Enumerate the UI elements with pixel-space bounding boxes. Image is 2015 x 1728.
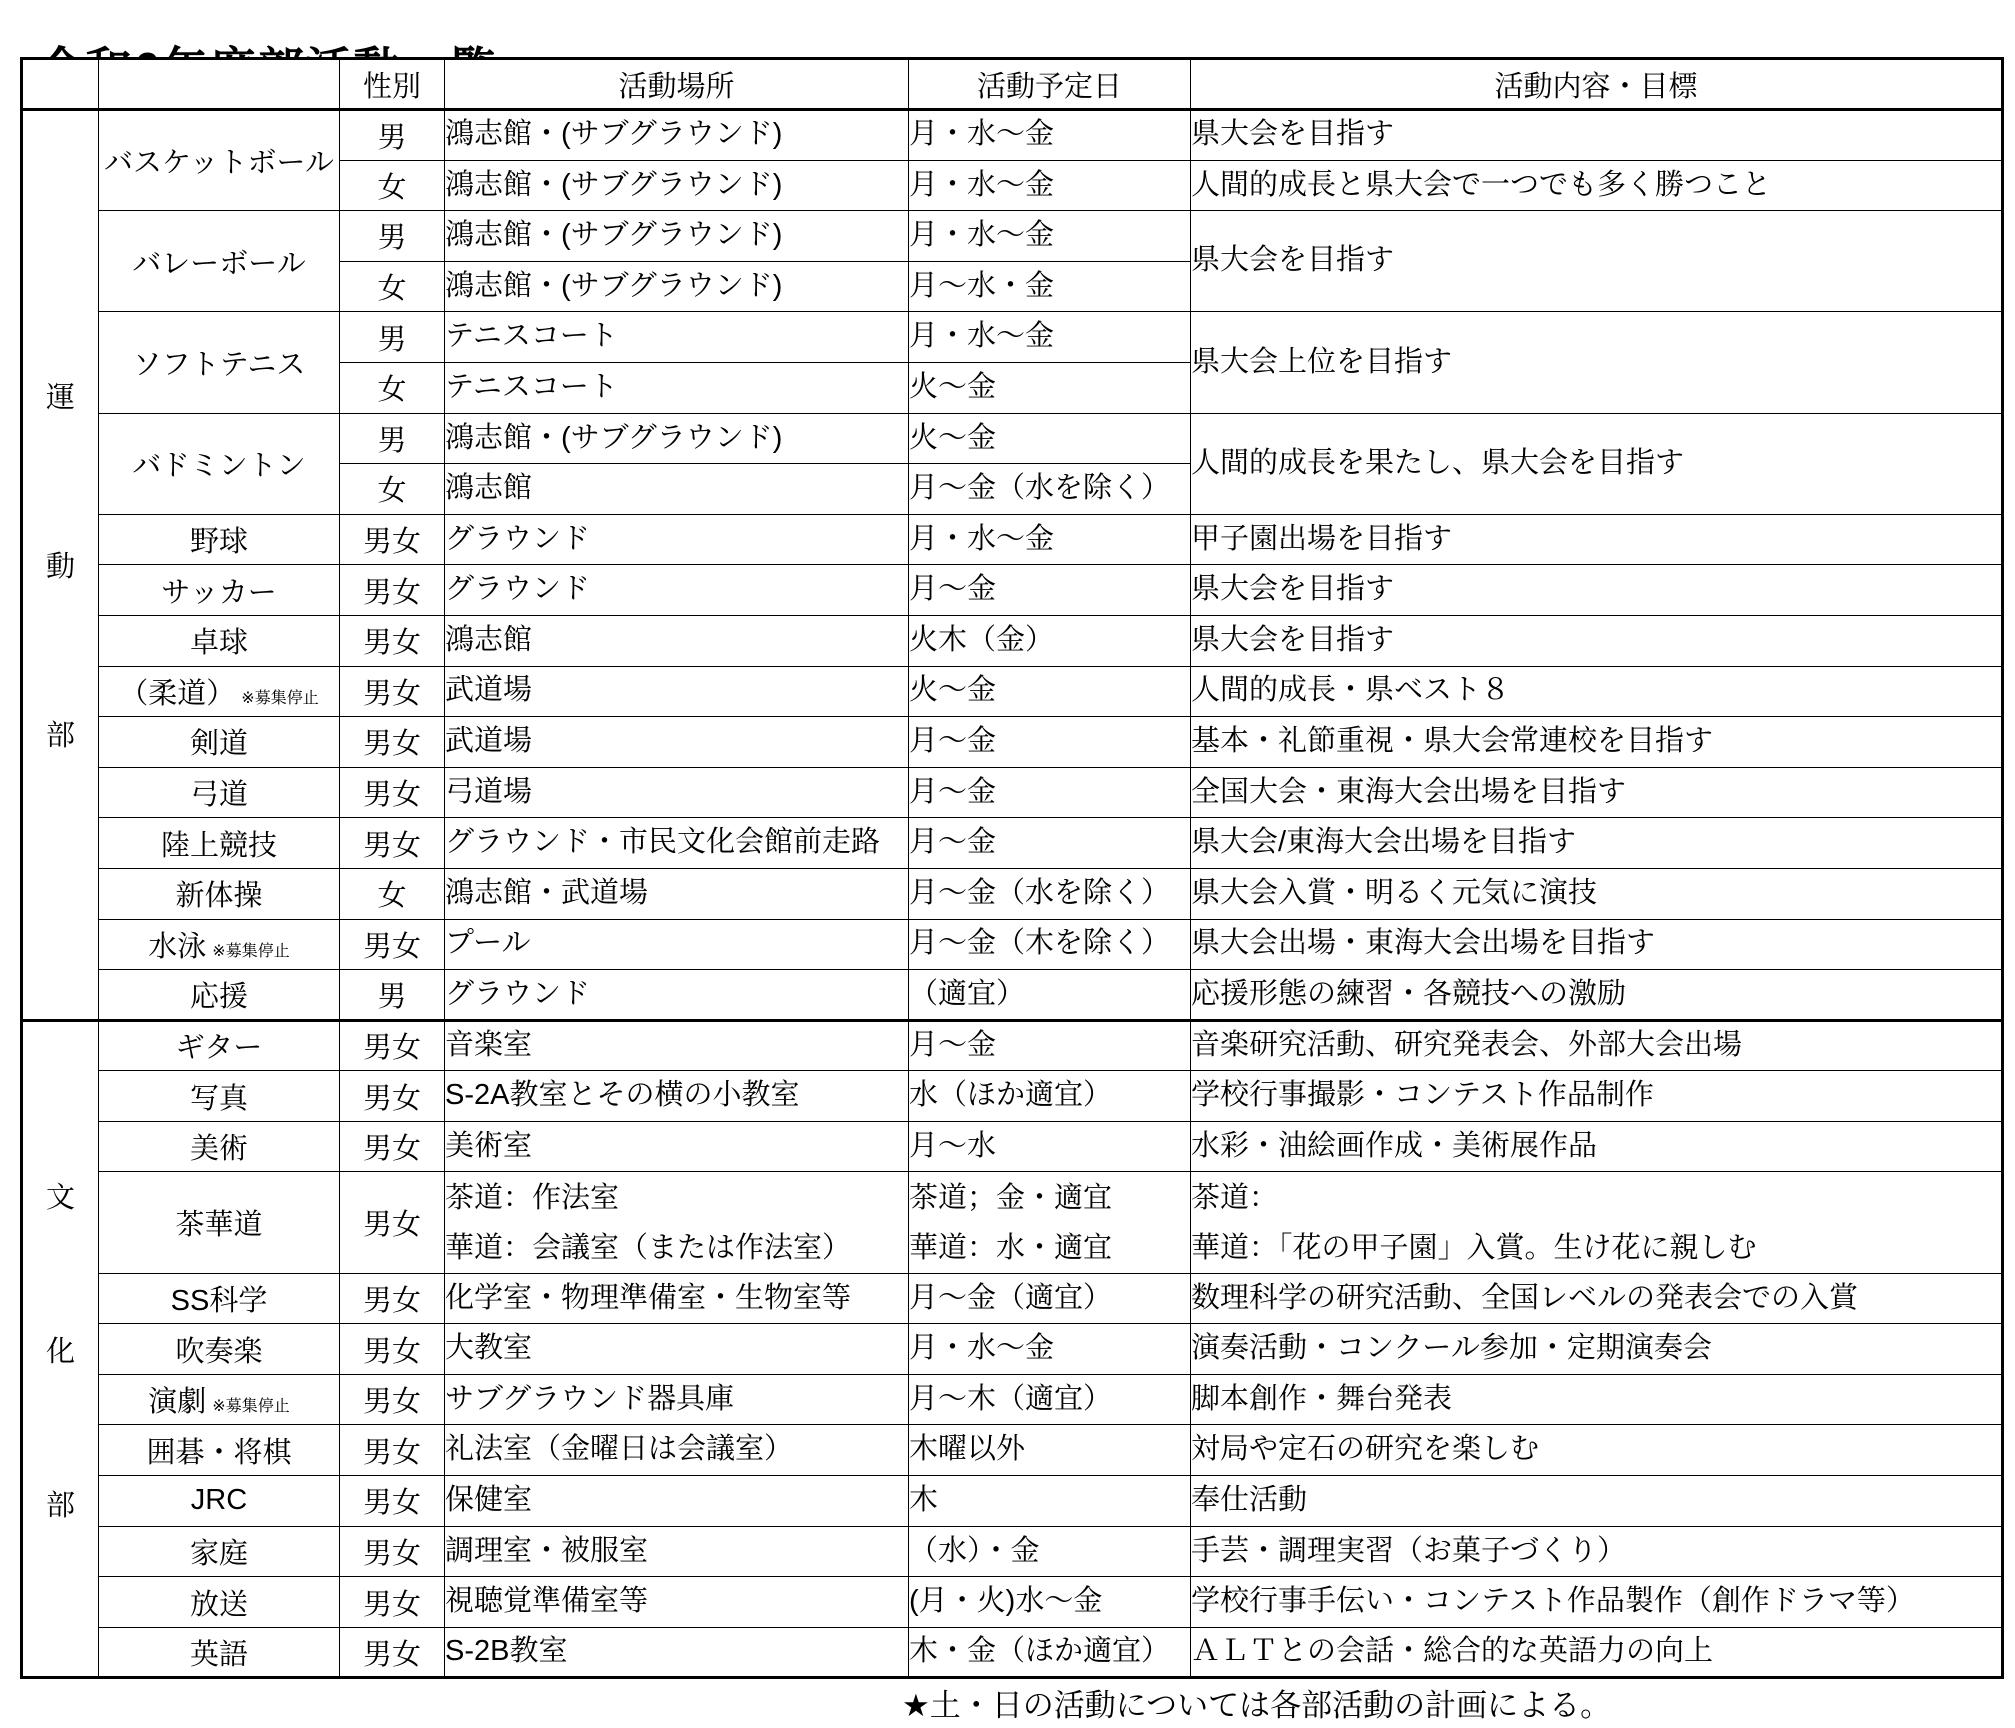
header-row: 性別 活動場所 活動予定日 活動内容・目標: [22, 59, 2003, 110]
cell-content-goal: 学校行事手伝い・コンテスト作品製作（創作ドラマ等）: [1191, 1577, 2003, 1628]
table-row: 文化部ギター男女音楽室月～金音楽研究活動、研究発表会、外部大会出場: [22, 1020, 2003, 1071]
cell-gender: 女: [340, 160, 445, 211]
cell-scheduled-days: 月～金（水を除く）: [909, 868, 1191, 919]
cell-scheduled-days: （水）・金: [909, 1526, 1191, 1577]
cell-content-goal: 県大会を目指す: [1191, 565, 2003, 616]
table-row: 野球男女グラウンド月・水～金甲子園出場を目指す: [22, 514, 2003, 565]
cell-content-goal: 演奏活動・コンクール参加・定期演奏会: [1191, 1324, 2003, 1375]
cell-location: 弓道場: [445, 767, 909, 818]
club-name-label: （柔道）: [119, 678, 235, 710]
cell-location: 保健室: [445, 1476, 909, 1527]
club-activities-table: 性別 活動場所 活動予定日 活動内容・目標 運動部バスケットボール男鴻志館・(サ…: [20, 57, 2004, 1679]
table-row: 弓道男女弓道場月～金全国大会・東海大会出場を目指す: [22, 767, 2003, 818]
category-cell-culture: 文化部: [22, 1020, 99, 1678]
club-name-label: 応援: [190, 981, 248, 1013]
cell-gender: 男女: [340, 717, 445, 768]
cell-location: 武道場: [445, 717, 909, 768]
club-name-label: 囲碁・将棋: [146, 1437, 291, 1469]
cell-scheduled-days: 火木（金）: [909, 615, 1191, 666]
cell-scheduled-days: 月～木（適宜）: [909, 1374, 1191, 1425]
cell-gender: 男女: [340, 818, 445, 869]
table-row: （柔道）※募集停止男女武道場火～金人間的成長・県ベスト８: [22, 666, 2003, 717]
cell-club-name: 新体操: [99, 868, 340, 919]
cell-scheduled-days: 月・水～金: [909, 1324, 1191, 1375]
cell-scheduled-days: 火～金: [909, 413, 1191, 464]
cell-gender: 男女: [340, 666, 445, 717]
cell-club-name: 弓道: [99, 767, 340, 818]
cell-scheduled-days: 火～金: [909, 362, 1191, 413]
cell-gender: 男: [340, 110, 445, 161]
club-name-label: ソフトテニス: [133, 349, 306, 381]
cell-club-name: 家庭: [99, 1526, 340, 1577]
cell-content-goal: 人間的成長と県大会で一つでも多く勝つこと: [1191, 160, 2003, 211]
club-name-label: 吹奏楽: [175, 1336, 262, 1368]
header-cell-club: [99, 59, 340, 110]
category-vertical-label: 文化部: [23, 1175, 98, 1524]
cell-location: グラウンド・市民文化会館前走路: [445, 818, 909, 869]
club-name-label: 野球: [190, 526, 248, 558]
cell-club-name: バスケットボール: [99, 110, 340, 211]
header-cell-days: 活動予定日: [909, 59, 1191, 110]
cell-club-name: 茶華道: [99, 1172, 340, 1273]
cell-content-goal: 学校行事撮影・コンテスト作品制作: [1191, 1071, 2003, 1122]
category-vertical-label: 運動部: [23, 375, 98, 754]
cell-location: 鴻志館・武道場: [445, 868, 909, 919]
cell-location: テニスコート: [445, 362, 909, 413]
cell-content-goal: 人間的成長・県ベスト８: [1191, 666, 2003, 717]
club-name-label: 演劇: [148, 1386, 206, 1418]
recruitment-suspended-note: ※募集停止: [212, 943, 289, 960]
club-name-label: 茶華道: [175, 1209, 262, 1241]
cell-gender: 男女: [340, 1121, 445, 1172]
cell-club-name: 応援: [99, 970, 340, 1021]
cell-scheduled-days: 月～金: [909, 818, 1191, 869]
cell-content-goal: 応援形態の練習・各競技への激励: [1191, 970, 2003, 1021]
cell-content-goal: 甲子園出場を目指す: [1191, 514, 2003, 565]
cell-scheduled-days: 火～金: [909, 666, 1191, 717]
table-row: 家庭男女調理室・被服室（水）・金手芸・調理実習（お菓子づくり）: [22, 1526, 2003, 1577]
cell-club-name: 剣道: [99, 717, 340, 768]
cell-gender: 女: [340, 464, 445, 515]
cell-scheduled-days: 月～水・金: [909, 261, 1191, 312]
cell-gender: 女: [340, 868, 445, 919]
cell-club-name: 英語: [99, 1627, 340, 1678]
cell-gender: 男女: [340, 767, 445, 818]
cell-scheduled-days: 月～金: [909, 565, 1191, 616]
cell-scheduled-days: 月・水～金: [909, 312, 1191, 363]
table-row: 英語男女S-2B教室木・金（ほか適宜）ＡＬＴとの会話・総合的な英語力の向上: [22, 1627, 2003, 1678]
cell-location: 鴻志館・(サブグラウンド): [445, 110, 909, 161]
cell-location: 音楽室: [445, 1020, 909, 1071]
cell-gender: 男女: [340, 1627, 445, 1678]
cell-location: 茶道：作法室 華道：会議室（または作法室）: [445, 1172, 909, 1273]
table-row: 放送男女視聴覚準備室等(月・火)水～金学校行事手伝い・コンテスト作品製作（創作ド…: [22, 1577, 2003, 1628]
table-row: 剣道男女武道場月～金基本・礼節重視・県大会常連校を目指す: [22, 717, 2003, 768]
cell-content-goal: 県大会を目指す: [1191, 110, 2003, 161]
cell-gender: 男: [340, 970, 445, 1021]
table-row: 美術男女美術室月～水水彩・油絵画作成・美術展作品: [22, 1121, 2003, 1172]
cell-club-name: ソフトテニス: [99, 312, 340, 413]
club-name-label: 卓球: [190, 627, 248, 659]
cell-gender: 男女: [340, 1020, 445, 1071]
category-cell-sports: 運動部: [22, 110, 99, 1021]
cell-club-name: 陸上競技: [99, 818, 340, 869]
cell-content-goal: 県大会を目指す: [1191, 211, 2003, 312]
cell-location: サブグラウンド器具庫: [445, 1374, 909, 1425]
club-name-label: 新体操: [175, 880, 262, 912]
cell-club-name: 吹奏楽: [99, 1324, 340, 1375]
cell-content-goal: 人間的成長を果たし、県大会を目指す: [1191, 413, 2003, 514]
table-row: バレーボール男鴻志館・(サブグラウンド)月・水～金県大会を目指す: [22, 211, 2003, 262]
cell-gender: 男女: [340, 615, 445, 666]
cell-location: グラウンド: [445, 565, 909, 616]
cell-scheduled-days: 月～金: [909, 717, 1191, 768]
cell-location: テニスコート: [445, 312, 909, 363]
cell-scheduled-days: （適宜）: [909, 970, 1191, 1021]
category-char: 文: [46, 1175, 75, 1216]
cell-location: グラウンド: [445, 514, 909, 565]
cell-scheduled-days: 月・水～金: [909, 160, 1191, 211]
cell-club-name: サッカー: [99, 565, 340, 616]
club-name-label: 水泳: [148, 931, 206, 963]
cell-content-goal: 奉仕活動: [1191, 1476, 2003, 1527]
cell-content-goal: 水彩・油絵画作成・美術展作品: [1191, 1121, 2003, 1172]
category-char: 動: [46, 544, 75, 585]
recruitment-suspended-note: ※募集停止: [212, 1398, 289, 1415]
cell-location: 大教室: [445, 1324, 909, 1375]
cell-club-name: バドミントン: [99, 413, 340, 514]
cell-location: 鴻志館・(サブグラウンド): [445, 211, 909, 262]
cell-scheduled-days: 木: [909, 1476, 1191, 1527]
cell-location: 化学室・物理準備室・生物室等: [445, 1273, 909, 1324]
table-row: 写真男女S-2A教室とその横の小教室水（ほか適宜）学校行事撮影・コンテスト作品制…: [22, 1071, 2003, 1122]
cell-scheduled-days: 木曜以外: [909, 1425, 1191, 1476]
table-row: 吹奏楽男女大教室月・水～金演奏活動・コンクール参加・定期演奏会: [22, 1324, 2003, 1375]
cell-location: 武道場: [445, 666, 909, 717]
cell-location: グラウンド: [445, 970, 909, 1021]
cell-content-goal: 県大会入賞・明るく元気に演技: [1191, 868, 2003, 919]
cell-club-name: 囲碁・将棋: [99, 1425, 340, 1476]
cell-club-name: 演劇※募集停止: [99, 1374, 340, 1425]
category-char: 化: [46, 1329, 75, 1370]
cell-content-goal: 数理科学の研究活動、全国レベルの発表会での入賞: [1191, 1273, 2003, 1324]
recruitment-suspended-note: ※募集停止: [241, 690, 318, 707]
cell-scheduled-days: 月～金: [909, 1020, 1191, 1071]
cell-club-name: ギター: [99, 1020, 340, 1071]
cell-location: プール: [445, 919, 909, 970]
cell-gender: 男女: [340, 565, 445, 616]
cell-gender: 男女: [340, 1324, 445, 1375]
cell-scheduled-days: 茶道；金・適宜 華道：水・適宜: [909, 1172, 1191, 1273]
club-name-label: バレーボール: [132, 248, 305, 280]
cell-club-name: 放送: [99, 1577, 340, 1628]
cell-content-goal: 県大会/東海大会出場を目指す: [1191, 818, 2003, 869]
club-name-label: バドミントン: [132, 450, 305, 482]
cell-location: 鴻志館: [445, 615, 909, 666]
club-name-label: 放送: [190, 1589, 248, 1621]
cell-club-name: JRC: [99, 1476, 340, 1527]
cell-club-name: （柔道）※募集停止: [99, 666, 340, 717]
cell-scheduled-days: 月～金（適宜）: [909, 1273, 1191, 1324]
cell-location: S-2B教室: [445, 1627, 909, 1678]
cell-gender: 男: [340, 312, 445, 363]
cell-content-goal: 茶道： 華道：「花の甲子園」入賞。生け花に親しむ: [1191, 1172, 2003, 1273]
table-row: 茶華道男女茶道：作法室 華道：会議室（または作法室）茶道；金・適宜 華道：水・適…: [22, 1172, 2003, 1273]
cell-location: S-2A教室とその横の小教室: [445, 1071, 909, 1122]
cell-gender: 男: [340, 413, 445, 464]
table-row: SS科学男女化学室・物理準備室・生物室等月～金（適宜）数理科学の研究活動、全国レ…: [22, 1273, 2003, 1324]
cell-gender: 男女: [340, 1526, 445, 1577]
cell-location: 鴻志館・(サブグラウンド): [445, 160, 909, 211]
category-char: 部: [46, 713, 75, 754]
cell-content-goal: 県大会出場・東海大会出場を目指す: [1191, 919, 2003, 970]
table-row: サッカー男女グラウンド月～金県大会を目指す: [22, 565, 2003, 616]
cell-location: 調理室・被服室: [445, 1526, 909, 1577]
club-name-label: サッカー: [161, 577, 276, 609]
table-row: バドミントン男鴻志館・(サブグラウンド)火～金人間的成長を果たし、県大会を目指す: [22, 413, 2003, 464]
cell-gender: 男女: [340, 1071, 445, 1122]
cell-content-goal: 脚本創作・舞台発表: [1191, 1374, 2003, 1425]
cell-scheduled-days: 水（ほか適宜）: [909, 1071, 1191, 1122]
table-row: JRC男女保健室木奉仕活動: [22, 1476, 2003, 1527]
cell-gender: 女: [340, 362, 445, 413]
club-name-label: 家庭: [190, 1538, 248, 1570]
table-row: 水泳※募集停止男女プール月～金（木を除く）県大会出場・東海大会出場を目指す: [22, 919, 2003, 970]
table-row: 陸上競技男女グラウンド・市民文化会館前走路月～金県大会/東海大会出場を目指す: [22, 818, 2003, 869]
cell-content-goal: 音楽研究活動、研究発表会、外部大会出場: [1191, 1020, 2003, 1071]
cell-content-goal: 手芸・調理実習（お菓子づくり）: [1191, 1526, 2003, 1577]
cell-club-name: SS科学: [99, 1273, 340, 1324]
cell-club-name: 写真: [99, 1071, 340, 1122]
cell-scheduled-days: 月～金（木を除く）: [909, 919, 1191, 970]
category-char: 部: [46, 1483, 75, 1524]
cell-club-name: バレーボール: [99, 211, 340, 312]
cell-content-goal: 基本・礼節重視・県大会常連校を目指す: [1191, 717, 2003, 768]
cell-club-name: 野球: [99, 514, 340, 565]
header-cell-category: [22, 59, 99, 110]
cell-location: 鴻志館・(サブグラウンド): [445, 261, 909, 312]
cell-club-name: 水泳※募集停止: [99, 919, 340, 970]
cell-club-name: 美術: [99, 1121, 340, 1172]
cell-location: 鴻志館・(サブグラウンド): [445, 413, 909, 464]
cell-location: 美術室: [445, 1121, 909, 1172]
table-row: 演劇※募集停止男女サブグラウンド器具庫月～木（適宜）脚本創作・舞台発表: [22, 1374, 2003, 1425]
cell-gender: 男女: [340, 1425, 445, 1476]
club-name-label: SS科学: [171, 1285, 268, 1317]
header-cell-location: 活動場所: [445, 59, 909, 110]
header-cell-gender: 性別: [340, 59, 445, 110]
cell-content-goal: 対局や定石の研究を楽しむ: [1191, 1425, 2003, 1476]
cell-scheduled-days: (月・火)水～金: [909, 1577, 1191, 1628]
club-name-label: 写真: [190, 1083, 248, 1115]
cell-gender: 男女: [340, 919, 445, 970]
cell-club-name: 卓球: [99, 615, 340, 666]
cell-location: 礼法室（金曜日は会議室）: [445, 1425, 909, 1476]
cell-gender: 男女: [340, 514, 445, 565]
header-cell-content: 活動内容・目標: [1191, 59, 2003, 110]
category-char: 運: [46, 375, 75, 416]
table-row: 運動部バスケットボール男鴻志館・(サブグラウンド)月・水～金県大会を目指す: [22, 110, 2003, 161]
cell-gender: 男女: [340, 1172, 445, 1273]
table-row: 囲碁・将棋男女礼法室（金曜日は会議室）木曜以外対局や定石の研究を楽しむ: [22, 1425, 2003, 1476]
cell-gender: 男女: [340, 1577, 445, 1628]
weekend-activity-footnote: ★土・日の活動については各部活動の計画による。: [902, 1680, 1611, 1725]
club-name-label: バスケットボール: [104, 147, 334, 179]
cell-scheduled-days: 月・水～金: [909, 514, 1191, 565]
table-row: 新体操女鴻志館・武道場月～金（水を除く）県大会入賞・明るく元気に演技: [22, 868, 2003, 919]
cell-gender: 男女: [340, 1374, 445, 1425]
club-name-label: ギター: [176, 1032, 263, 1064]
cell-content-goal: ＡＬＴとの会話・総合的な英語力の向上: [1191, 1627, 2003, 1678]
cell-content-goal: 県大会上位を目指す: [1191, 312, 2003, 413]
cell-content-goal: 県大会を目指す: [1191, 615, 2003, 666]
cell-gender: 男: [340, 211, 445, 262]
cell-gender: 女: [340, 261, 445, 312]
cell-content-goal: 全国大会・東海大会出場を目指す: [1191, 767, 2003, 818]
club-name-label: 剣道: [190, 728, 248, 760]
table-row: 卓球男女鴻志館火木（金）県大会を目指す: [22, 615, 2003, 666]
cell-gender: 男女: [340, 1476, 445, 1527]
cell-scheduled-days: 月・水～金: [909, 110, 1191, 161]
club-name-label: JRC: [191, 1484, 247, 1516]
cell-location: 鴻志館: [445, 464, 909, 515]
cell-scheduled-days: 木・金（ほか適宜）: [909, 1627, 1191, 1678]
table-row: 応援男グラウンド（適宜）応援形態の練習・各競技への激励: [22, 970, 2003, 1021]
club-name-label: 英語: [190, 1639, 248, 1671]
club-name-label: 弓道: [190, 779, 248, 811]
table-row: ソフトテニス男テニスコート月・水～金県大会上位を目指す: [22, 312, 2003, 363]
cell-scheduled-days: 月～金（水を除く）: [909, 464, 1191, 515]
club-name-label: 陸上競技: [161, 830, 277, 862]
cell-location: 視聴覚準備室等: [445, 1577, 909, 1628]
cell-scheduled-days: 月～金: [909, 767, 1191, 818]
cell-gender: 男女: [340, 1273, 445, 1324]
club-name-label: 美術: [190, 1133, 248, 1165]
cell-scheduled-days: 月・水～金: [909, 211, 1191, 262]
cell-scheduled-days: 月～水: [909, 1121, 1191, 1172]
